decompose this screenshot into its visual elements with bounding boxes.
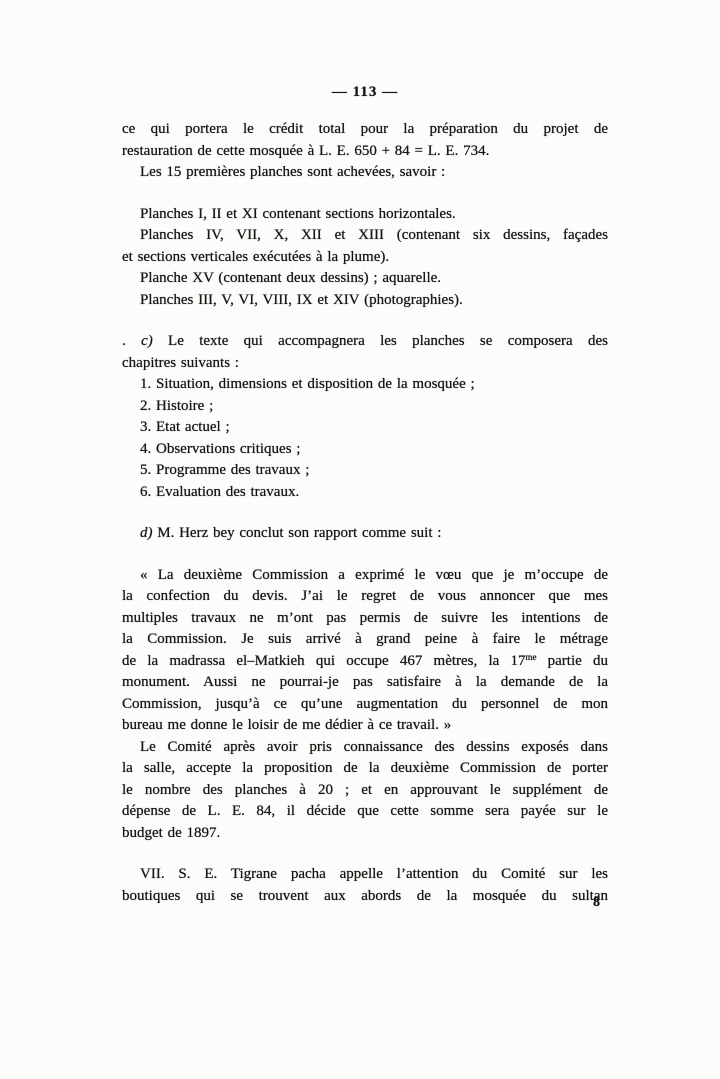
superscript-text: me xyxy=(525,652,536,662)
paragraph-rapport-intro: d) M. Herz bey conclut son rapport comme… xyxy=(122,523,608,545)
text-line: 1. Situation, dimensions et disposition … xyxy=(122,374,608,396)
paragraph-credit-total: ce qui portera le crédit total pour la p… xyxy=(122,119,608,184)
text-line: la Commission. Je suis arrivé à grand pe… xyxy=(122,629,608,651)
text-segment: . xyxy=(122,333,141,349)
text-line: la salle, accepte la proposition de la d… xyxy=(122,758,608,780)
text-line: 6. Evaluation des travaux. xyxy=(122,482,608,504)
text-line: 5. Programme des travaux ; xyxy=(122,460,608,482)
text-line: restauration de cette mosquée à L. E. 65… xyxy=(122,141,608,163)
text-line: Planches I, II et XI contenant sections … xyxy=(122,204,608,226)
text-line: la confection du devis. J’ai le regret d… xyxy=(122,586,608,608)
text-line: et sections verticales exécutées à la pl… xyxy=(122,247,608,269)
text-line: de la madrassa el–Matkieh qui occupe 467… xyxy=(122,651,608,673)
signature-mark: 8 xyxy=(122,895,600,911)
text-line: multiples travaux ne m’ont pas permis de… xyxy=(122,608,608,630)
text-line: d) M. Herz bey conclut son rapport comme… xyxy=(122,523,608,545)
text-segment: de la madrassa el–Matkieh qui occupe 467… xyxy=(122,653,525,669)
text-line: chapitres suivants : xyxy=(122,353,608,375)
text-line: 4. Observations critiques ; xyxy=(122,439,608,461)
text-segment: Le texte qui accompagnera les planches s… xyxy=(153,333,608,349)
page-number-header: — 113 — xyxy=(122,84,608,101)
text-line: Le Comité après avoir pris connaissance … xyxy=(122,737,608,759)
text-line: Planche XV (contenant deux dessins) ; aq… xyxy=(122,268,608,290)
text-line: 2. Histoire ; xyxy=(122,396,608,418)
text-line: Les 15 premières planches sont achevées,… xyxy=(122,162,608,184)
text-line: Planches IV, VII, X, XII et XIII (conten… xyxy=(122,225,608,247)
text-segment: partie du xyxy=(536,653,608,669)
italic-text: d) xyxy=(140,525,153,541)
document-body: ce qui portera le crédit total pour la p… xyxy=(122,119,608,907)
text-line: 3. Etat actuel ; xyxy=(122,417,608,439)
text-line: budget de 1897. xyxy=(122,823,608,845)
text-segment: M. Herz bey conclut son rapport comme su… xyxy=(153,525,442,541)
paragraph-chapitres: . c) Le texte qui accompagnera les planc… xyxy=(122,331,608,503)
italic-text: c) xyxy=(141,333,153,349)
text-line: monument. Aussi ne pourrai-je pas satisf… xyxy=(122,672,608,694)
text-line: dépense de L. E. 84, il décide que cette… xyxy=(122,801,608,823)
text-line: le nombre des planches à 20 ; et en appr… xyxy=(122,780,608,802)
text-line: Planches III, V, VI, VIII, IX et XIV (ph… xyxy=(122,290,608,312)
text-line: ce qui portera le crédit total pour la p… xyxy=(122,119,608,141)
text-line: VII. S. E. Tigrane pacha appelle l’atten… xyxy=(122,864,608,886)
scanned-book-page: — 113 — ce qui portera le crédit total p… xyxy=(0,0,720,1079)
text-line: Commission, jusqu’à ce qu’une augmentati… xyxy=(122,694,608,716)
text-line: « La deuxième Commission a exprimé le vœ… xyxy=(122,565,608,587)
text-line: bureau me donne le loisir de me dédier à… xyxy=(122,715,608,737)
citation-et-decision: « La deuxième Commission a exprimé le vœ… xyxy=(122,565,608,845)
text-line: . c) Le texte qui accompagnera les planc… xyxy=(122,331,608,353)
list-planches: Planches I, II et XI contenant sections … xyxy=(122,204,608,312)
